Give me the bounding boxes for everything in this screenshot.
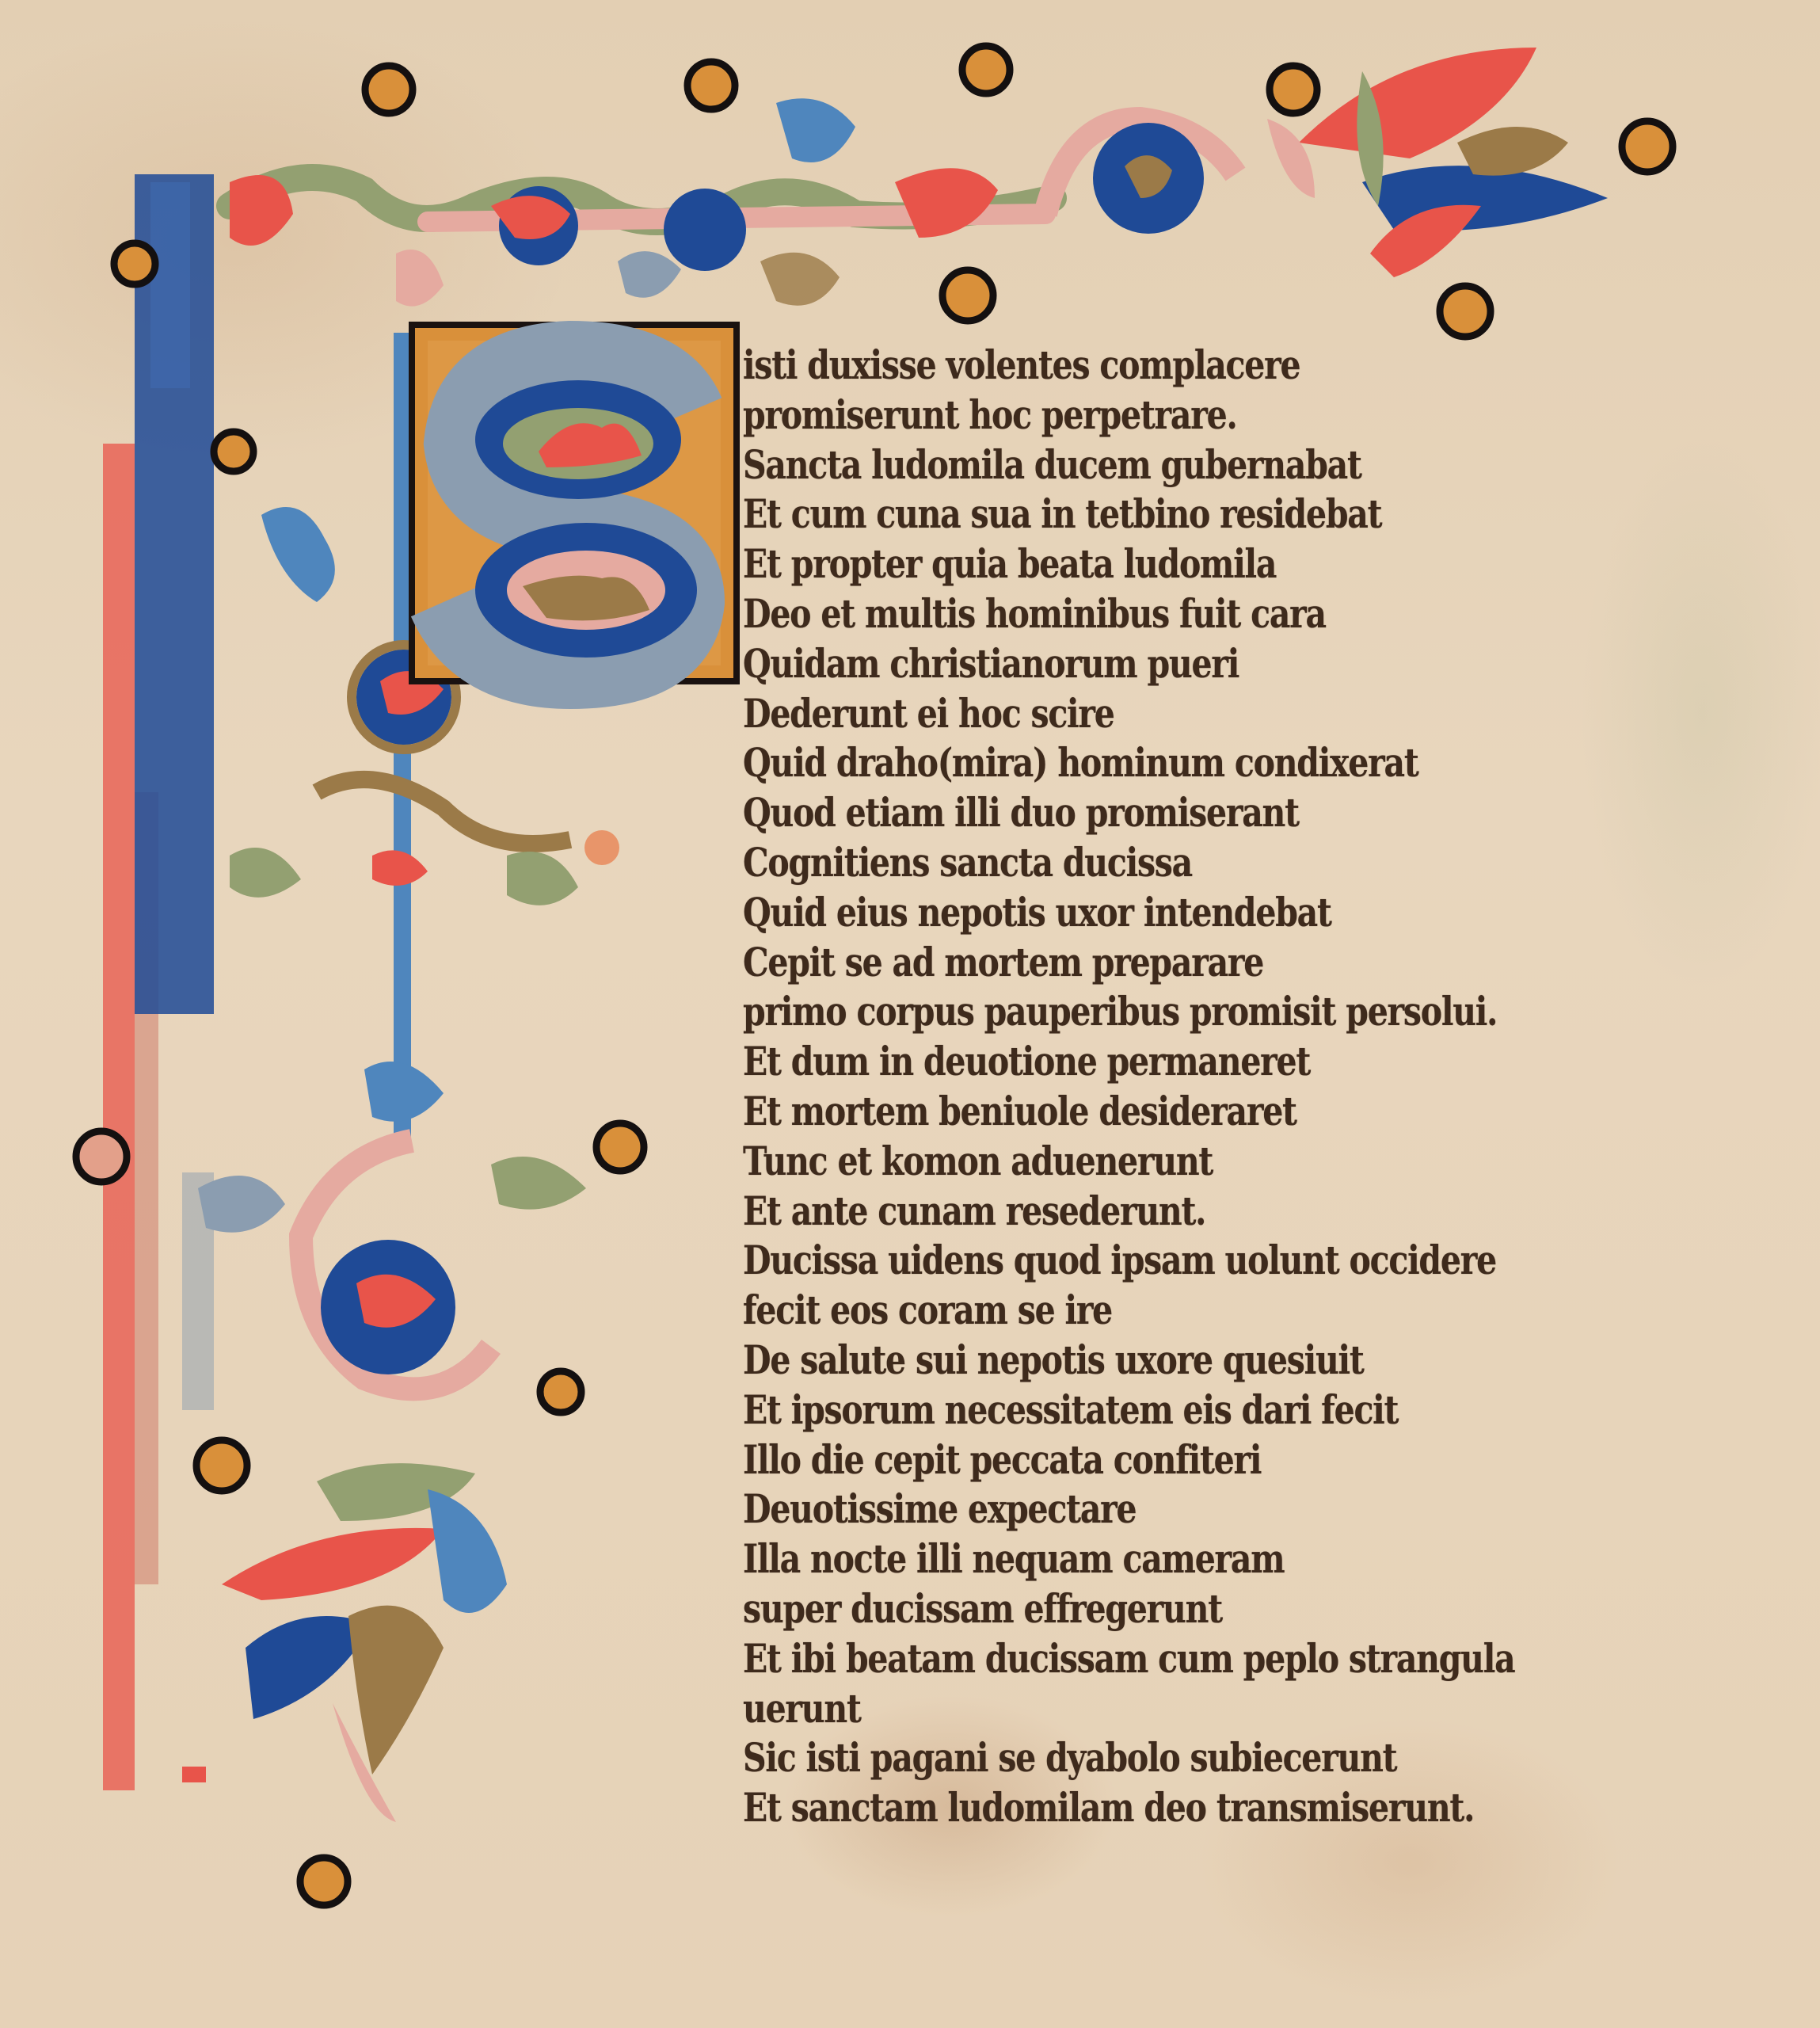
text-line: Quod etiam illi duo promiserant	[743, 788, 1457, 838]
text-line: Cognitiens sancta ducissa	[743, 838, 1457, 888]
text-line: Illa nocte illi nequam cameram	[743, 1534, 1457, 1584]
illuminated-initial	[412, 325, 737, 681]
text-line: primo corpus pauperibus promisit persolu…	[743, 987, 1457, 1037]
text-line: Tunc et komon aduenerunt	[743, 1137, 1457, 1187]
text-line: Sic isti pagani se dyabolo subiecerunt	[743, 1733, 1457, 1783]
text-line: Quid draho(mira) hominum condixerat	[743, 738, 1457, 788]
text-line: uerunt	[743, 1684, 1457, 1734]
text-line: isti duxisse volentes complacere	[743, 341, 1457, 391]
manuscript-text: isti duxisse volentes complacere promise…	[743, 341, 1614, 1833]
text-line: Cepit se ad mortem preparare	[743, 938, 1457, 988]
text-line: De salute sui nepotis uxore quesiuit	[743, 1336, 1457, 1386]
left-border-bars	[103, 174, 214, 1790]
text-line: Et sanctam ludomilam deo transmiserunt.	[743, 1783, 1457, 1833]
text-line: Ducissa uidens quod ipsam uolunt occider…	[743, 1236, 1457, 1286]
text-line: Et cum cuna sua in tetbino residebat	[743, 490, 1457, 539]
text-line: Et mortem beniuole desideraret	[743, 1087, 1457, 1137]
text-line: Dederunt ei hoc scire	[743, 689, 1457, 739]
manuscript-page: isti duxisse volentes complacere promise…	[0, 0, 1820, 2028]
text-line: Sancta ludomila ducem gubernabat	[743, 440, 1457, 490]
text-line: Deo et multis hominibus fuit cara	[743, 589, 1457, 639]
text-line: super ducissam effregerunt	[743, 1584, 1457, 1634]
top-vine-border	[230, 48, 1608, 307]
text-line: fecit eos coram se ire	[743, 1286, 1457, 1336]
text-line: Et ipsorum necessitatem eis dari fecit	[743, 1386, 1457, 1435]
text-line: Et ante cunam resederunt.	[743, 1187, 1457, 1237]
text-line: Et propter quia beata ludomila	[743, 539, 1457, 589]
text-line: Deuotissime expectare	[743, 1485, 1457, 1534]
text-line: Et ibi beatam ducissam cum peplo strangu…	[743, 1634, 1457, 1684]
text-line: Quid eius nepotis uxor intendebat	[743, 888, 1457, 938]
text-line: Quidam christianorum pueri	[743, 639, 1457, 689]
text-line: Et dum in deuotione permaneret	[743, 1037, 1457, 1087]
text-line: Illo die cepit peccata confiteri	[743, 1435, 1457, 1485]
text-line: promiserunt hoc perpetrare.	[743, 391, 1457, 440]
